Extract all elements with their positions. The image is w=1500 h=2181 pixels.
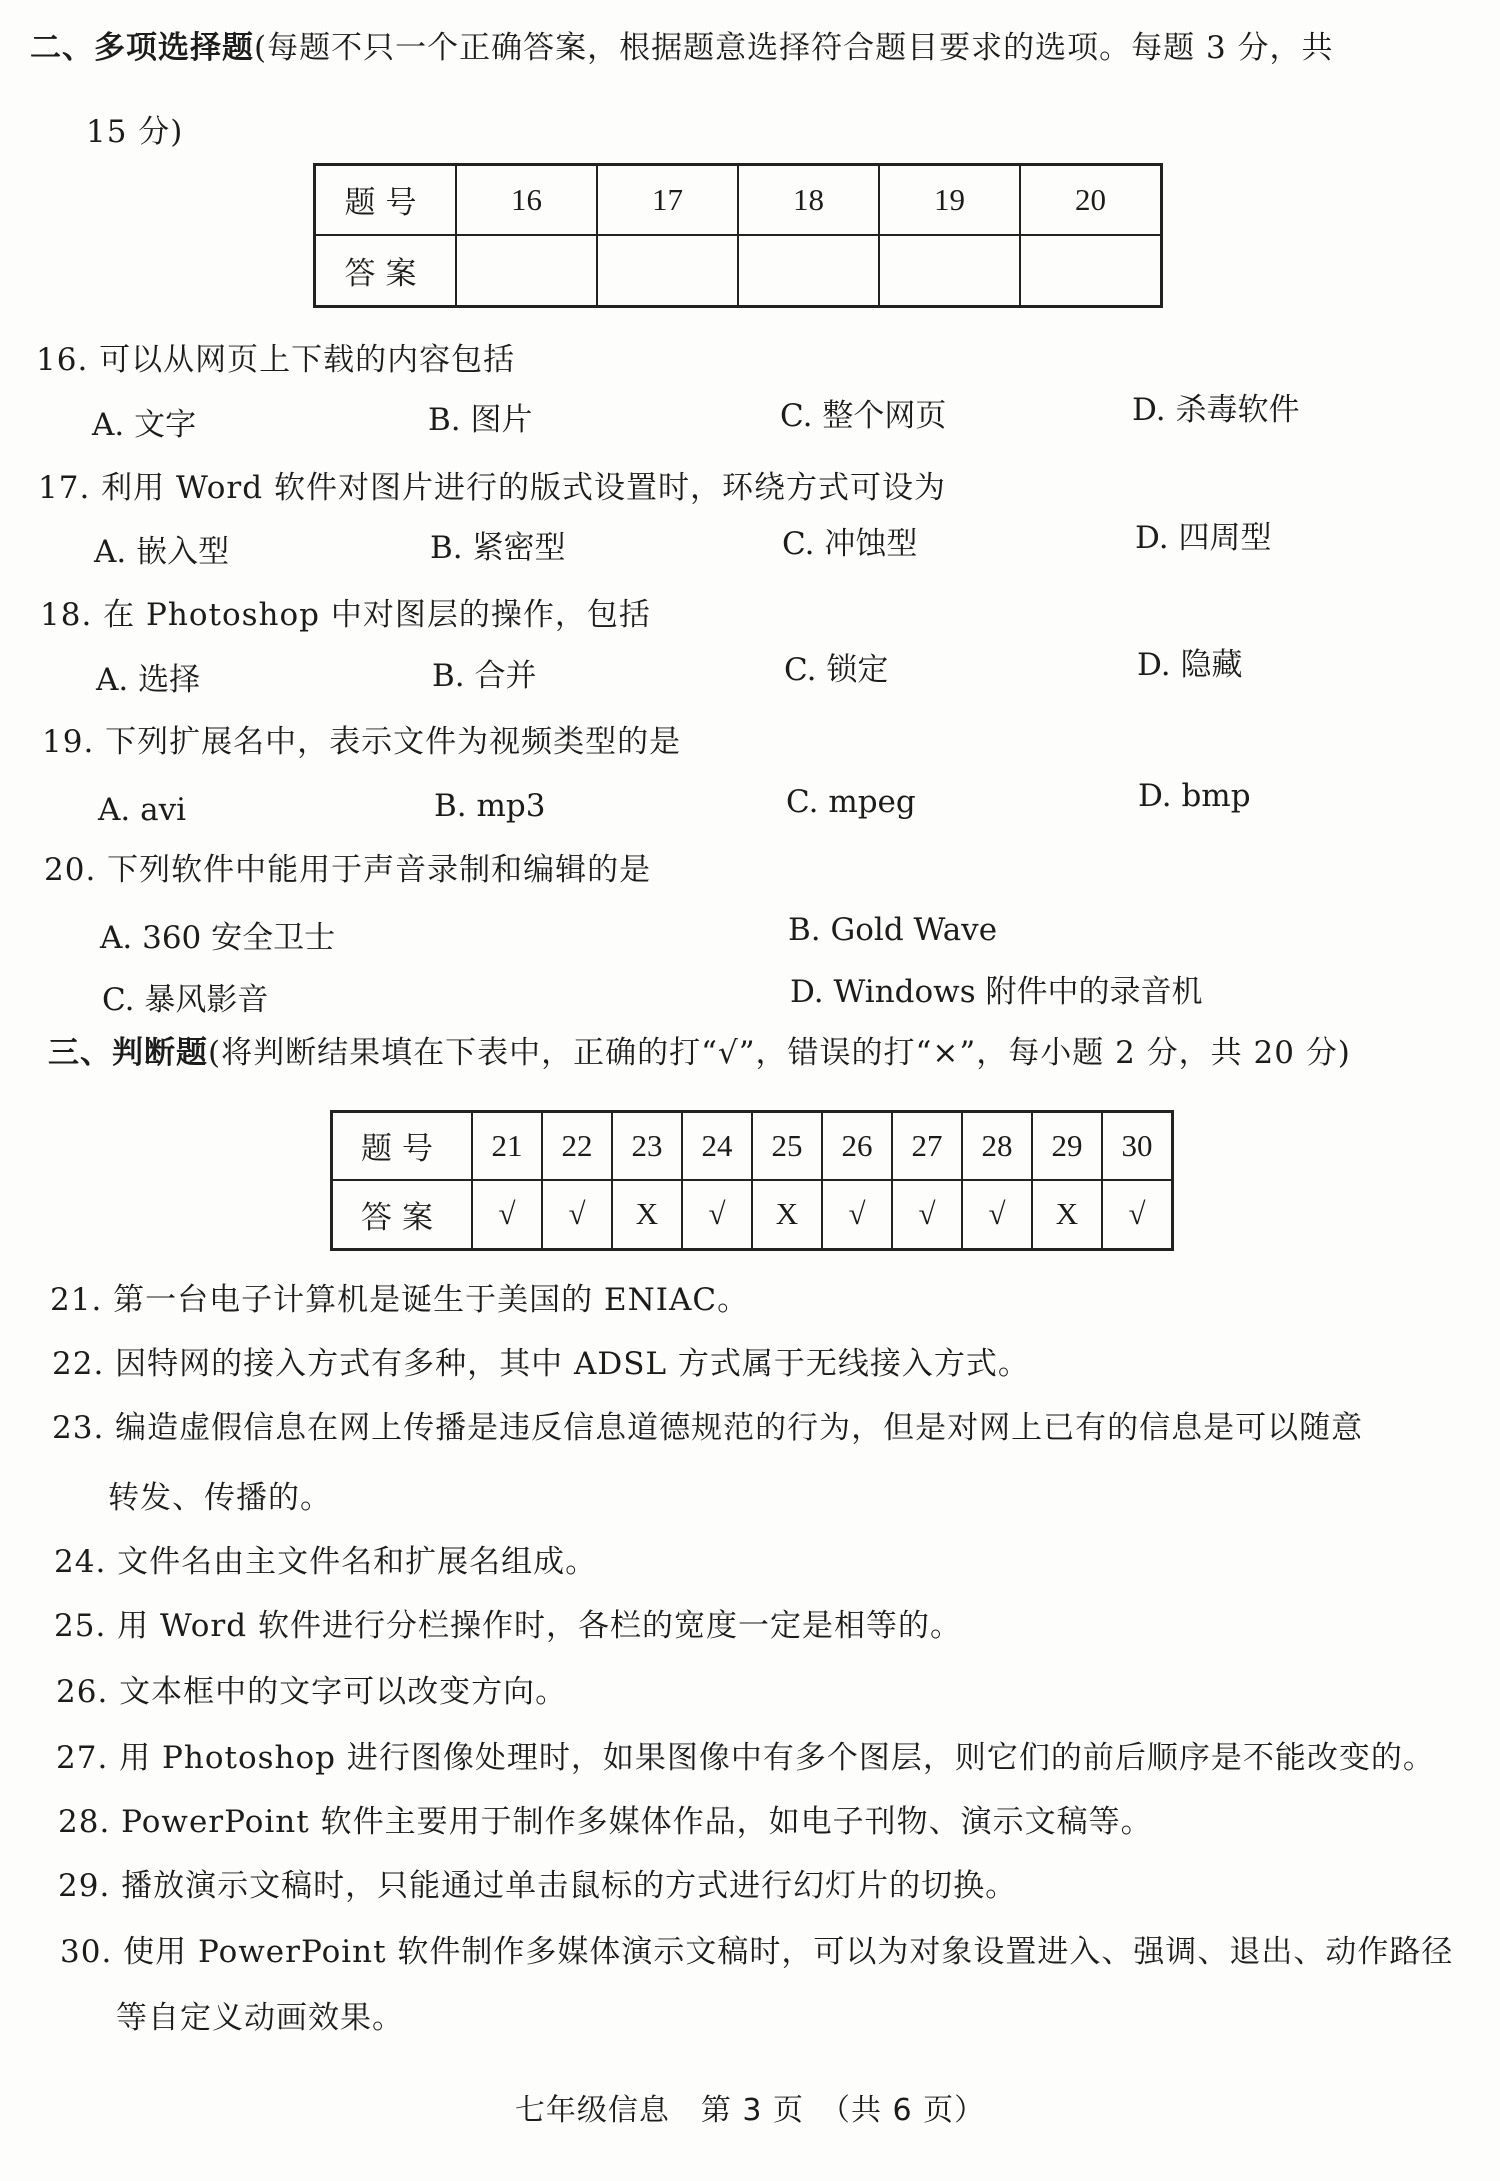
question-16-stem: 16. 可以从网页上下载的内容包括 (36, 340, 515, 380)
answer-cell-check-mark[interactable]: √ (542, 1180, 612, 1250)
statement-23: 23. 编造虚假信息在网上传播是违反信息道德规范的行为，但是对网上已有的信息是可… (52, 1408, 1363, 1448)
answer-cell-cross-mark[interactable]: X (1032, 1180, 1102, 1250)
question-number-cell: 18 (738, 165, 879, 235)
statement-21: 21. 第一台电子计算机是诞生于美国的 ENIAC。 (50, 1280, 749, 1320)
multi-choice-answer-table: 题号 16 17 18 19 20 答案 (313, 163, 1163, 308)
q16-option-d: D. 杀毒软件 (1132, 390, 1299, 430)
answer-cell-check-mark[interactable]: √ (892, 1180, 962, 1250)
answer-cell-cross-mark[interactable]: X (752, 1180, 822, 1250)
statement-27: 27. 用 Photoshop 进行图像处理时，如果图像中有多个图层，则它们的前… (56, 1738, 1435, 1778)
q19-option-d: D. bmp (1138, 776, 1251, 816)
question-20-stem: 20. 下列软件中能用于声音录制和编辑的是 (44, 850, 651, 890)
answer-cell-check-mark[interactable]: √ (962, 1180, 1032, 1250)
exam-page: 二、多项选择题(每题不只一个正确答案，根据题意选择符合题目要求的选项。每题 3 … (0, 0, 1500, 2181)
question-number-cell: 19 (879, 165, 1020, 235)
answer-cell-check-mark[interactable]: √ (1102, 1180, 1173, 1250)
table-label-number: 题号 (315, 165, 457, 235)
statement-30-cont: 等自定义动画效果。 (116, 1998, 404, 2038)
question-number-cell: 21 (472, 1112, 542, 1180)
q18-option-d: D. 隐藏 (1137, 645, 1242, 685)
answer-cell[interactable] (738, 235, 879, 307)
section3-instructions: (将判断结果填在下表中，正确的打“√”，错误的打“×”，每小题 2 分，共 20… (208, 1035, 1351, 1071)
q16-option-b: B. 图片 (428, 400, 533, 440)
statement-30: 30. 使用 PowerPoint 软件制作多媒体演示文稿时，可以为对象设置进入… (60, 1932, 1453, 1972)
answer-cell[interactable] (456, 235, 597, 307)
table-label-number: 题号 (332, 1112, 473, 1180)
question-number-cell: 28 (962, 1112, 1032, 1180)
q16-option-a: A. 文字 (92, 405, 196, 445)
table-label-answer: 答案 (315, 235, 457, 307)
question-number-cell: 23 (612, 1112, 682, 1180)
q17-option-d: D. 四周型 (1135, 518, 1271, 558)
question-19-stem: 19. 下列扩展名中，表示文件为视频类型的是 (42, 722, 681, 762)
q19-option-c: C. mpeg (786, 782, 916, 822)
true-false-answer-table: 题号 21 22 23 24 25 26 27 28 29 30 答案 √ √ … (330, 1110, 1174, 1251)
answer-cell[interactable] (597, 235, 738, 307)
statement-24: 24. 文件名由主文件名和扩展名组成。 (54, 1542, 597, 1582)
q17-option-c: C. 冲蚀型 (782, 524, 917, 564)
question-17-stem: 17. 利用 Word 软件对图片进行的版式设置时，环绕方式可设为 (38, 468, 946, 508)
q18-option-b: B. 合并 (432, 656, 537, 696)
statement-28: 28. PowerPoint 软件主要用于制作多媒体作品，如电子刊物、演示文稿等… (58, 1802, 1153, 1842)
page-footer: 七年级信息 第 3 页 （共 6 页） (0, 2085, 1500, 2129)
answer-cell[interactable] (1020, 235, 1162, 307)
q20-option-a: A. 360 安全卫士 (100, 918, 335, 958)
table-label-answer: 答案 (332, 1180, 473, 1250)
q19-option-a: A. avi (98, 790, 186, 830)
section3-title: 三、判断题 (48, 1035, 208, 1071)
question-number-cell: 30 (1102, 1112, 1173, 1180)
question-number-cell: 20 (1020, 165, 1162, 235)
q16-option-c: C. 整个网页 (780, 396, 946, 436)
question-number-cell: 25 (752, 1112, 822, 1180)
section3-header: 三、判断题(将判断结果填在下表中，正确的打“√”，错误的打“×”，每小题 2 分… (48, 1033, 1351, 1073)
question-18-stem: 18. 在 Photoshop 中对图层的操作，包括 (40, 595, 651, 635)
section2-instructions-cont: 15 分) (86, 112, 183, 152)
q19-option-b: B. mp3 (434, 786, 545, 826)
question-number-cell: 16 (456, 165, 597, 235)
statement-22: 22. 因特网的接入方式有多种，其中 ADSL 方式属于无线接入方式。 (52, 1344, 1030, 1384)
q20-option-c: C. 暴风影音 (102, 980, 268, 1020)
q20-option-b: B. Gold Wave (788, 910, 997, 950)
q18-option-c: C. 锁定 (784, 650, 888, 690)
section2-title: 二、多项选择题 (30, 30, 254, 66)
statement-25: 25. 用 Word 软件进行分栏操作时，各栏的宽度一定是相等的。 (54, 1606, 962, 1646)
statement-26: 26. 文本框中的文字可以改变方向。 (56, 1672, 567, 1712)
question-number-cell: 29 (1032, 1112, 1102, 1180)
section2-instructions: (每题不只一个正确答案，根据题意选择符合题目要求的选项。每题 3 分，共 (254, 30, 1334, 66)
question-number-cell: 26 (822, 1112, 892, 1180)
question-number-cell: 22 (542, 1112, 612, 1180)
answer-cell[interactable] (879, 235, 1020, 307)
q17-option-b: B. 紧密型 (430, 528, 566, 568)
answer-cell-check-mark[interactable]: √ (822, 1180, 892, 1250)
answer-cell-check-mark[interactable]: √ (682, 1180, 752, 1250)
answer-cell-check-mark[interactable]: √ (472, 1180, 542, 1250)
q20-option-d: D. Windows 附件中的录音机 (790, 972, 1202, 1012)
question-number-cell: 27 (892, 1112, 962, 1180)
q18-option-a: A. 选择 (96, 660, 200, 700)
q17-option-a: A. 嵌入型 (94, 532, 229, 572)
answer-cell-cross-mark[interactable]: X (612, 1180, 682, 1250)
statement-23-cont: 转发、传播的。 (108, 1478, 332, 1518)
question-number-cell: 17 (597, 165, 738, 235)
statement-29: 29. 播放演示文稿时，只能通过单击鼠标的方式进行幻灯片的切换。 (58, 1866, 1017, 1906)
section2-header: 二、多项选择题(每题不只一个正确答案，根据题意选择符合题目要求的选项。每题 3 … (30, 28, 1334, 68)
question-number-cell: 24 (682, 1112, 752, 1180)
